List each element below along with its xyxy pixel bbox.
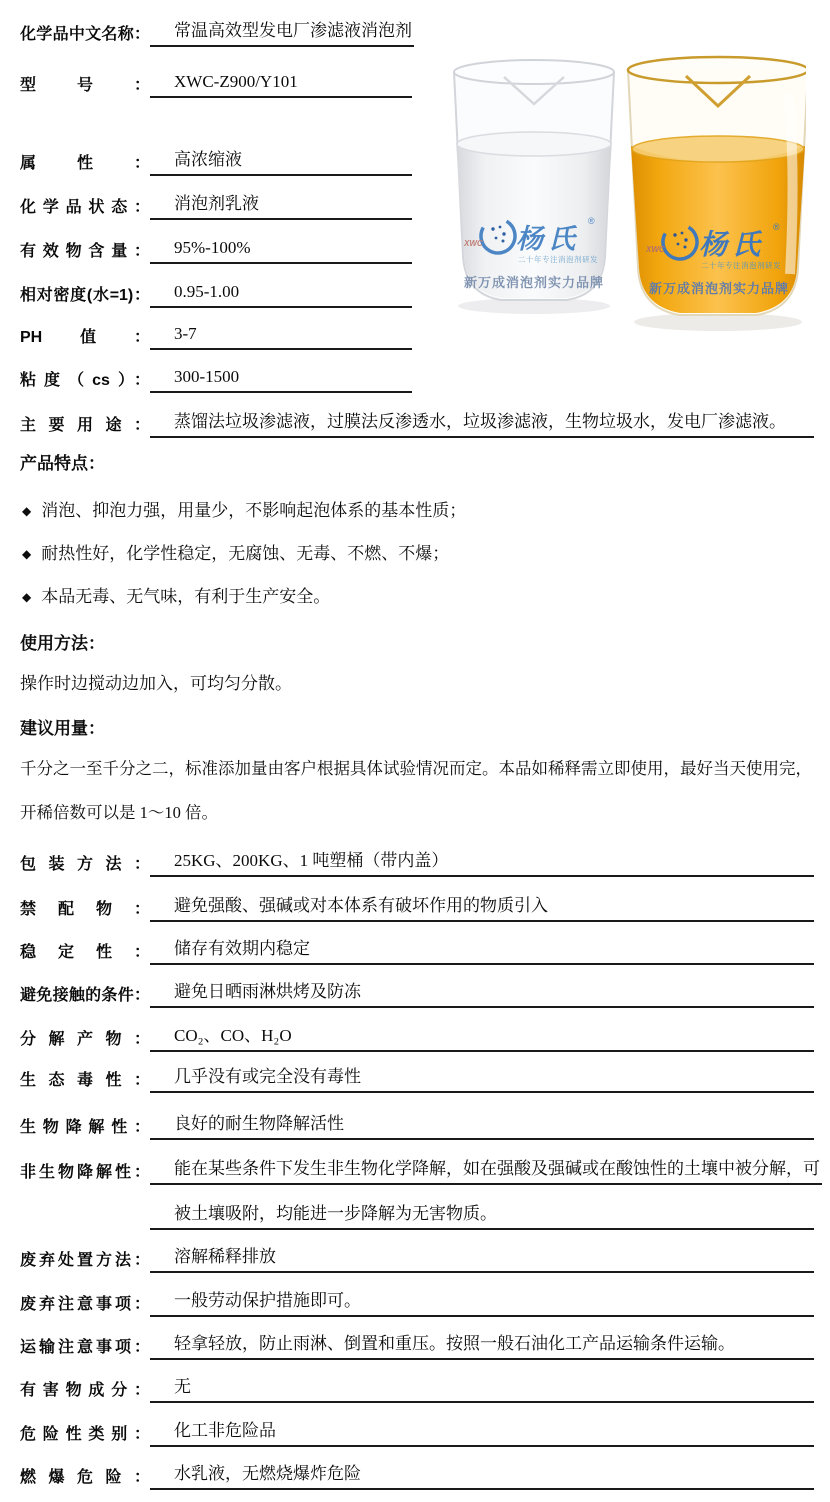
field-label: 燃爆危险： bbox=[20, 1466, 150, 1490]
field-active-content: 有效物含量： 95%-100% bbox=[20, 236, 412, 264]
section-usage-title: 使用方法： bbox=[20, 632, 105, 656]
field-value: 高浓缩液 bbox=[150, 148, 412, 176]
field-label: 型号： bbox=[20, 74, 150, 98]
field-disposal: 废弃处置方法： 溶解稀释排放 bbox=[20, 1245, 814, 1273]
left-beaker: XWC 杨氏 ® 二十年专注消泡剂研发 新万成消泡剂实力品牌 bbox=[454, 60, 614, 314]
field-label: 属性： bbox=[20, 152, 150, 176]
field-label: 相对密度(水=1)： bbox=[20, 284, 150, 308]
field-label: 有效物含量： bbox=[20, 240, 150, 264]
brand-tagline-small: 二十年专注消泡剂研发 bbox=[518, 254, 598, 264]
field-viscosity: 粘度（cs）： 300-1500 bbox=[20, 365, 412, 393]
field-chemical-name: 化学品中文名称： 常温高效型发电厂渗滤液消泡剂 bbox=[20, 19, 412, 47]
field-value: 溶解稀释排放 bbox=[150, 1245, 814, 1273]
field-label: 主要用途： bbox=[20, 414, 150, 438]
glass-highlight bbox=[788, 94, 793, 274]
beaker-rim bbox=[628, 57, 806, 83]
field-ph: PH值： 3-7 bbox=[20, 322, 412, 350]
field-value: 避免强酸、强碱或对本体系有破坏作用的物质引入 bbox=[150, 894, 814, 922]
field-label: PH值： bbox=[20, 326, 150, 350]
field-eco-toxicity: 生态毒性： 几乎没有或完全没有毒性 bbox=[20, 1065, 814, 1093]
field-label: 危险性类别： bbox=[20, 1423, 150, 1447]
field-value: 轻拿轻放，防止雨淋、倒置和重压。按照一般石油化工产品运输条件运输。 bbox=[150, 1332, 814, 1360]
field-value: 储存有效期内稳定 bbox=[150, 937, 814, 965]
field-packing: 包装方法： 25KG、200KG、1 吨塑桶（带内盖） bbox=[20, 849, 814, 877]
field-value: 一般劳动保护措施即可。 bbox=[150, 1289, 814, 1317]
field-label: 化学品中文名称： bbox=[20, 23, 150, 47]
brand-name-text: 杨氏 bbox=[699, 229, 765, 260]
brand-tagline-small: 二十年专注消泡剂研发 bbox=[701, 260, 781, 270]
diamond-bullet-icon: ◆ bbox=[22, 585, 31, 609]
field-model: 型号： XWC-Z900/Y101 bbox=[20, 70, 412, 98]
right-beaker: XWC 杨氏 ® 二十年专注消泡剂研发 新万成消泡剂实力品牌 bbox=[628, 57, 806, 331]
field-value: 几乎没有或完全没有毒性 bbox=[150, 1065, 814, 1093]
liquid-surface bbox=[457, 132, 611, 156]
field-value: XWC-Z900/Y101 bbox=[150, 70, 412, 98]
brand-name-text: 杨氏 bbox=[516, 224, 580, 254]
section-dosage-title: 建议用量： bbox=[20, 717, 105, 741]
field-value: 蒸馏法垃圾渗滤液，过膜法反渗透水，垃圾渗滤液，生物垃圾水，发电厂渗滤液。 bbox=[150, 410, 814, 438]
field-label: 粘度（cs）： bbox=[20, 369, 150, 393]
registered-mark: ® bbox=[773, 222, 780, 232]
field-label: 运输注意事项： bbox=[20, 1336, 150, 1360]
field-value: 25KG、200KG、1 吨塑桶（带内盖） bbox=[150, 849, 814, 877]
feature-item: ◆ 消泡、抑泡力强，用量少，不影响起泡体系的基本性质； bbox=[22, 499, 466, 523]
brand-tagline: 新万成消泡剂实力品牌 bbox=[649, 281, 789, 296]
liquid-surface bbox=[632, 136, 804, 162]
product-photo-beakers: XWC 杨氏 ® 二十年专注消泡剂研发 新万成消泡剂实力品牌 XWC 杨氏 bbox=[446, 50, 806, 350]
field-hazardous-components: 有害物成分： 无 bbox=[20, 1375, 814, 1403]
feature-text: 本品无毒、无气味，有利于生产安全。 bbox=[41, 585, 330, 609]
field-label: 禁配物： bbox=[20, 898, 150, 922]
field-value: 化工非危险品 bbox=[150, 1419, 814, 1447]
dosage-body: 千分之一至千分之二，标准添加量由客户根据具体试验情况而定。本品如稀释需立即使用，… bbox=[20, 747, 820, 835]
feature-text: 耐热性好，化学性稳定，无腐蚀、无毒、不燃、不爆； bbox=[41, 542, 449, 566]
field-avoid-conditions: 避免接触的条件： 避免日晒雨淋烘烤及防冻 bbox=[20, 980, 814, 1008]
field-label: 稳定性： bbox=[20, 941, 150, 965]
field-label: 分解产物： bbox=[20, 1028, 150, 1052]
field-value: 水乳液，无燃烧爆炸危险 bbox=[150, 1462, 814, 1490]
field-label: 废弃处置方法： bbox=[20, 1249, 150, 1273]
feature-text: 消泡、抑泡力强，用量少，不影响起泡体系的基本性质； bbox=[41, 499, 466, 523]
brand-abbr-text: XWC bbox=[463, 239, 483, 248]
product-spec-sheet: 化学品中文名称： 常温高效型发电厂渗滤液消泡剂 型号： XWC-Z900/Y10… bbox=[0, 0, 830, 1502]
brand-tagline: 新万成消泡剂实力品牌 bbox=[464, 275, 604, 290]
field-non-biodegradability-cont: 被土壤吸附，均能进一步降解为无害物质。 bbox=[20, 1202, 814, 1230]
field-incompatible: 禁配物： 避免强酸、强碱或对本体系有破坏作用的物质引入 bbox=[20, 894, 814, 922]
feature-item: ◆ 本品无毒、无气味，有利于生产安全。 bbox=[22, 585, 330, 609]
field-label: 非生物降解性： bbox=[20, 1161, 150, 1185]
field-value: 0.95-1.00 bbox=[150, 280, 412, 308]
feature-item: ◆ 耐热性好，化学性稳定，无腐蚀、无毒、不燃、不爆； bbox=[22, 542, 449, 566]
field-value: 避免日晒雨淋烘烤及防冻 bbox=[150, 980, 814, 1008]
field-label: 生态毒性： bbox=[20, 1069, 150, 1093]
field-decomposition: 分解产物： CO₂、CO、H₂O bbox=[20, 1024, 814, 1052]
usage-body: 操作时边搅动边加入，可均匀分散。 bbox=[20, 672, 814, 696]
field-label: 避免接触的条件： bbox=[20, 984, 150, 1008]
field-value: 被土壤吸附，均能进一步降解为无害物质。 bbox=[150, 1202, 814, 1230]
field-disposal-notes: 废弃注意事项： 一般劳动保护措施即可。 bbox=[20, 1289, 814, 1317]
field-label: 包装方法： bbox=[20, 853, 150, 877]
diamond-bullet-icon: ◆ bbox=[22, 542, 31, 566]
field-label: 有害物成分： bbox=[20, 1379, 150, 1403]
field-explosion-hazard: 燃爆危险： 水乳液，无燃烧爆炸危险 bbox=[20, 1462, 814, 1490]
field-value: 消泡剂乳液 bbox=[150, 192, 412, 220]
field-label: 废弃注意事项： bbox=[20, 1293, 150, 1317]
field-value: 良好的耐生物降解活性 bbox=[150, 1112, 814, 1140]
field-state: 化学品状态： 消泡剂乳液 bbox=[20, 192, 412, 220]
field-value: 无 bbox=[150, 1375, 814, 1403]
field-value: 95%-100% bbox=[150, 236, 412, 264]
field-value: 300-1500 bbox=[150, 365, 412, 393]
field-attribute: 属性： 高浓缩液 bbox=[20, 148, 412, 176]
field-main-use: 主要用途： 蒸馏法垃圾渗滤液，过膜法反渗透水，垃圾渗滤液，生物垃圾水，发电厂渗滤… bbox=[20, 410, 814, 438]
field-hazard-class: 危险性类别： 化工非危险品 bbox=[20, 1419, 814, 1447]
field-value: 能在某些条件下发生非生物化学降解，如在强酸及强碱或在酸蚀性的土壤中被分解，可 bbox=[150, 1157, 822, 1185]
field-density: 相对密度(水=1)： 0.95-1.00 bbox=[20, 280, 412, 308]
field-non-biodegradability: 非生物降解性： 能在某些条件下发生非生物化学降解，如在强酸及强碱或在酸蚀性的土壤… bbox=[20, 1157, 814, 1185]
field-label: 生物降解性： bbox=[20, 1116, 150, 1140]
section-features-title: 产品特点： bbox=[20, 452, 105, 476]
field-value: 常温高效型发电厂渗滤液消泡剂 bbox=[150, 19, 414, 47]
diamond-bullet-icon: ◆ bbox=[22, 499, 31, 523]
beaker-rim bbox=[454, 60, 614, 84]
field-value: CO₂、CO、H₂O bbox=[150, 1024, 814, 1052]
field-biodegradability: 生物降解性： 良好的耐生物降解活性 bbox=[20, 1112, 814, 1140]
registered-mark: ® bbox=[588, 216, 595, 226]
field-value: 3-7 bbox=[150, 322, 412, 350]
field-stability: 稳定性： 储存有效期内稳定 bbox=[20, 937, 814, 965]
field-transport-notes: 运输注意事项： 轻拿轻放，防止雨淋、倒置和重压。按照一般石油化工产品运输条件运输… bbox=[20, 1332, 814, 1360]
field-label: 化学品状态： bbox=[20, 196, 150, 220]
brand-abbr-text: XWC bbox=[645, 245, 665, 254]
